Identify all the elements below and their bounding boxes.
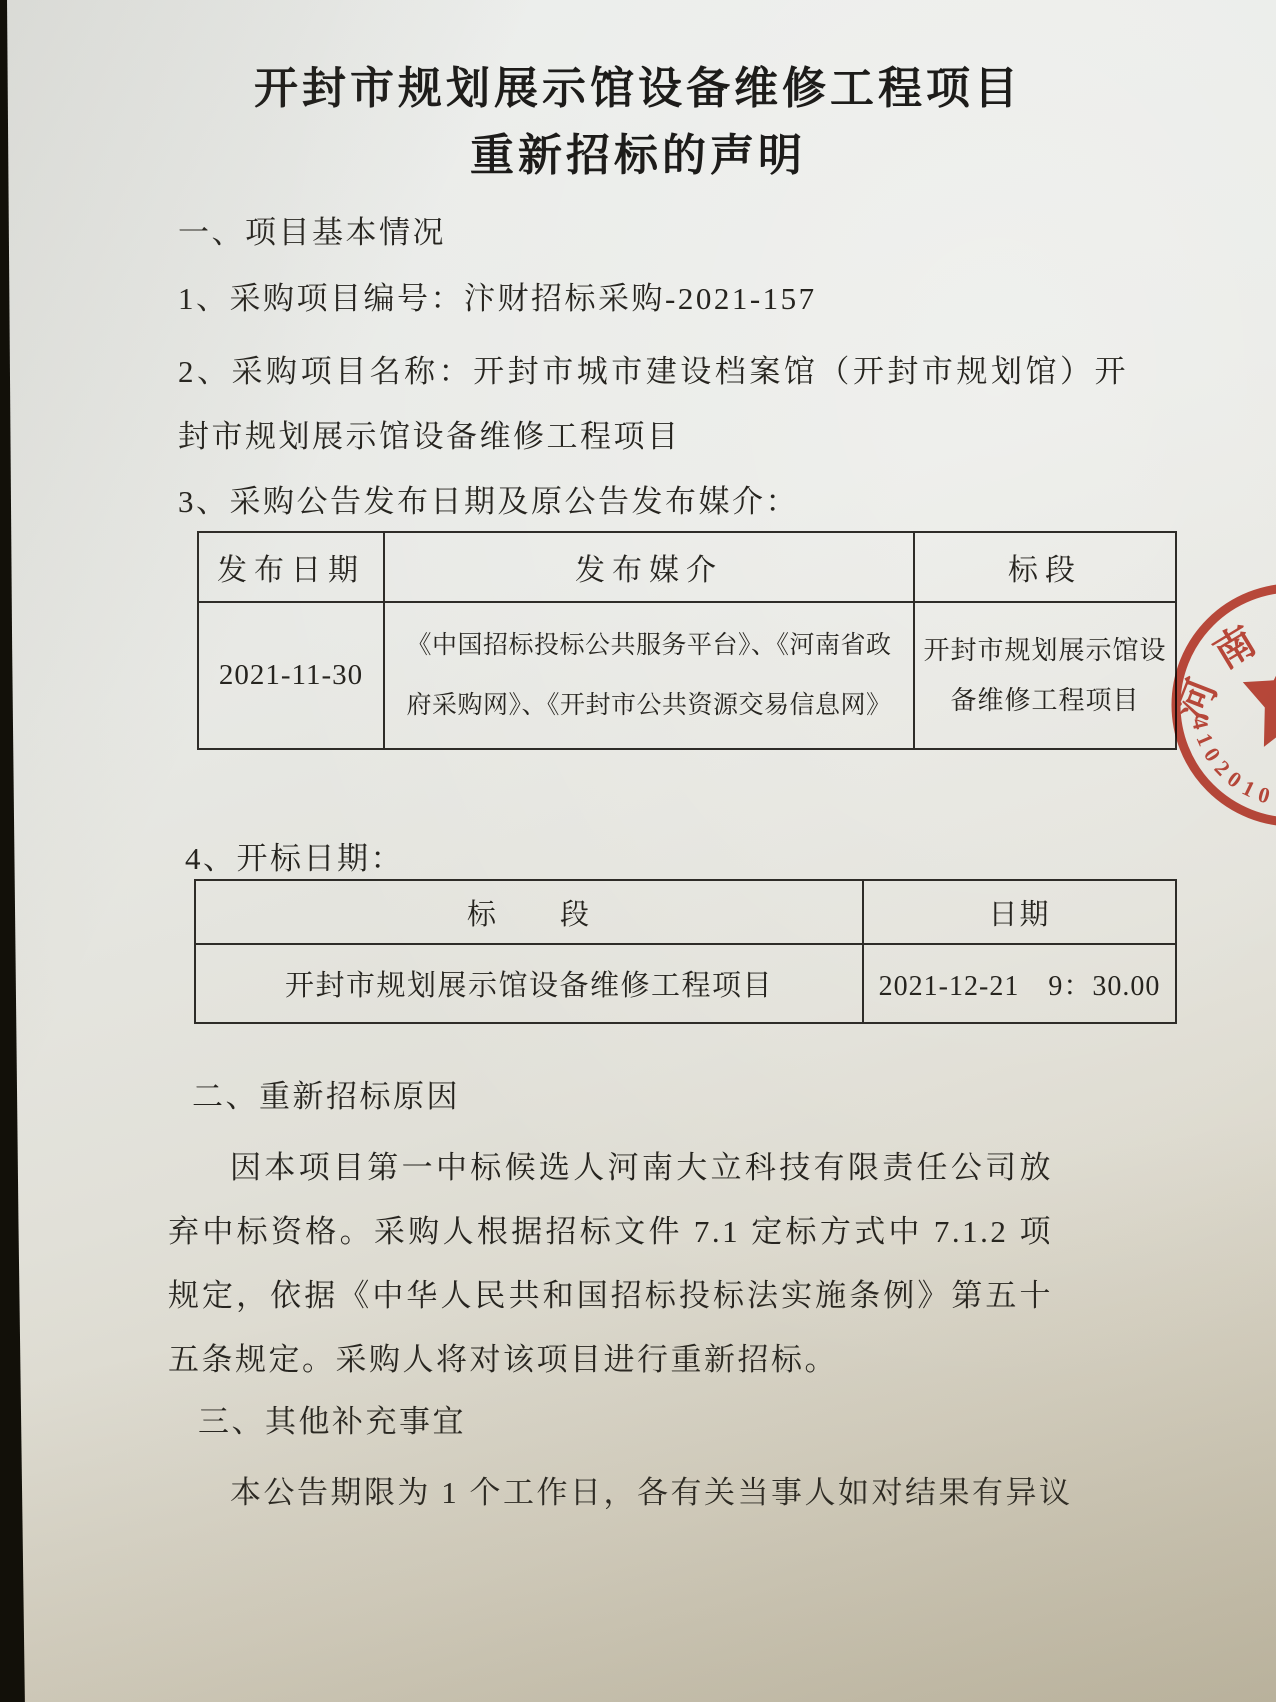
publication-table-header-row: 发布日期 发布媒介 标段 [198, 532, 1176, 602]
document-title-line2: 重新招标的声明 [0, 119, 1276, 183]
bid-opening-table: 标 段 日期 开封市规划展示馆设备维修工程项目 2021-12-21 9：30.… [194, 879, 1177, 1024]
item-project-number: 1、采购项目编号：汴财招标采购-2021-157 [178, 273, 817, 318]
item-project-name: 2、采购项目名称：开封市城市建设档案馆（开封市规划馆）开封市规划展示馆设备维修工… [178, 339, 1128, 469]
item-bid-opening-date: 4、开标日期： [185, 833, 404, 878]
document-page: 开封市规划展示馆设备维修工程项目 重新招标的声明 一、项目基本情况 1、采购项目… [0, 0, 1276, 1702]
section1-heading: 一、项目基本情况 [178, 207, 446, 252]
seal-arc-text: 河南华信工 [1169, 604, 1276, 744]
section3-paragraph: 本公告期限为 1 个工作日，各有关当事人如对结果有异议 [168, 1461, 1128, 1525]
seal-serial-number: 41020101270 [1187, 715, 1276, 812]
section2-paragraph: 因本项目第一中标候选人河南大立科技有限责任公司放弃中标资格。采购人根据招标文件 … [168, 1136, 1053, 1392]
bid-opening-data-row: 开封市规划展示馆设备维修工程项目 2021-12-21 9：30.00 [195, 944, 1176, 1023]
header-date2: 日期 [863, 880, 1176, 944]
cell-publish-date: 2021-11-30 [198, 602, 384, 749]
header-lot2: 标 段 [195, 880, 863, 944]
publication-table-data-row: 2021-11-30 《中国招标投标公共服务平台》、《河南省政府采购网》、《开封… [198, 602, 1176, 749]
cell-lot2: 开封市规划展示馆设备维修工程项目 [195, 944, 863, 1023]
header-lot: 标段 [914, 532, 1176, 602]
item-announcement-media: 3、采购公告发布日期及原公告发布媒介： [178, 476, 799, 521]
bid-opening-header-row: 标 段 日期 [195, 880, 1176, 944]
red-company-seal: 河南华信工 41020101270 [1150, 560, 1276, 860]
section2-heading: 二、重新招标原因 [192, 1071, 460, 1116]
publication-table: 发布日期 发布媒介 标段 2021-11-30 《中国招标投标公共服务平台》、《… [197, 531, 1177, 750]
cell-publish-media: 《中国招标投标公共服务平台》、《河南省政府采购网》、《开封市公共资源交易信息网》 [384, 602, 914, 749]
document-title-line1: 开封市规划展示馆设备维修工程项目 [0, 52, 1276, 116]
cell-datetime: 2021-12-21 9：30.00 [863, 944, 1176, 1023]
cell-lot: 开封市规划展示馆设备维修工程项目 [914, 602, 1176, 749]
header-publish-date: 发布日期 [198, 532, 384, 602]
header-publish-media: 发布媒介 [384, 532, 914, 602]
section3-heading: 三、其他补充事宜 [198, 1396, 466, 1441]
